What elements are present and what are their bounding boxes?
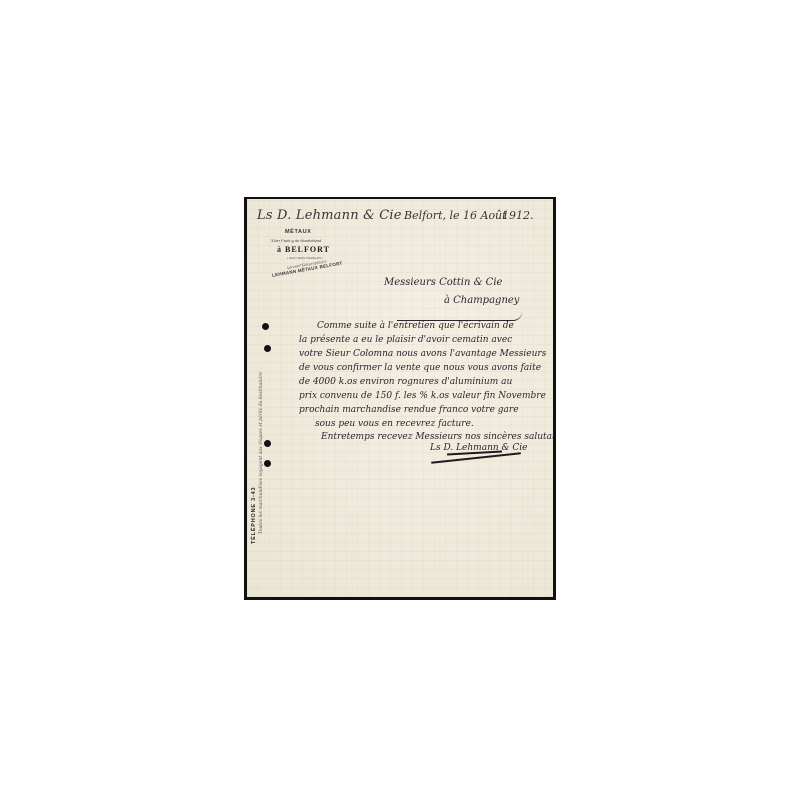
body-line: de 4000 k.os environ rognures d'aluminiu… bbox=[299, 377, 512, 387]
document-scan-frame: Ls D. Lehmann & Cie Belfort, le 16 Août … bbox=[244, 197, 556, 600]
letter-dateline: Belfort, le 16 Août bbox=[404, 209, 507, 222]
punch-hole bbox=[264, 345, 271, 352]
letterhead-region: ( HAUT-RHIN FRANÇAIS ) bbox=[287, 256, 323, 260]
punch-hole bbox=[264, 440, 271, 447]
body-line: sous peu vous en recevrez facture. bbox=[315, 419, 474, 429]
addressee-name: Messieurs Cottin & Cie bbox=[384, 277, 502, 288]
punch-hole bbox=[262, 323, 269, 330]
addressee-flourish bbox=[397, 312, 522, 321]
body-line: Entretemps recevez Messieurs nos sincère… bbox=[321, 432, 553, 442]
margin-note: Toutes les marchandises voyagent aux ris… bbox=[259, 372, 264, 534]
letter-paper: Ls D. Lehmann & Cie Belfort, le 16 Août … bbox=[247, 199, 553, 597]
letterhead-telephone: TÉLÉPHONE 3-43 bbox=[251, 487, 257, 544]
body-line: prix convenu de 150 f. les % k.os valeur… bbox=[299, 391, 546, 401]
letterhead-street-address: 31ter Faub.g de Montbéliard bbox=[271, 238, 321, 243]
letterhead-firm-name: Ls D. Lehmann & Cie bbox=[257, 208, 402, 223]
punch-hole bbox=[264, 460, 271, 467]
letter-year: 1912. bbox=[502, 209, 534, 222]
body-line: la présente a eu le plaisir d'avoir cema… bbox=[299, 335, 512, 345]
body-line: de vous confirmer la vente que nous vous… bbox=[299, 363, 541, 373]
signature-underline bbox=[431, 452, 521, 463]
body-line: Comme suite à l'entretien que l'écrivain… bbox=[317, 321, 514, 331]
addressee-location: à Champagney bbox=[444, 295, 519, 306]
letterhead-trade: MÉTAUX bbox=[285, 229, 311, 235]
body-line: prochain marchandise rendue franco votre… bbox=[299, 405, 519, 415]
letterhead-city: à BELFORT bbox=[277, 245, 330, 254]
body-line: votre Sieur Colomna nous avons l'avantag… bbox=[299, 349, 546, 359]
